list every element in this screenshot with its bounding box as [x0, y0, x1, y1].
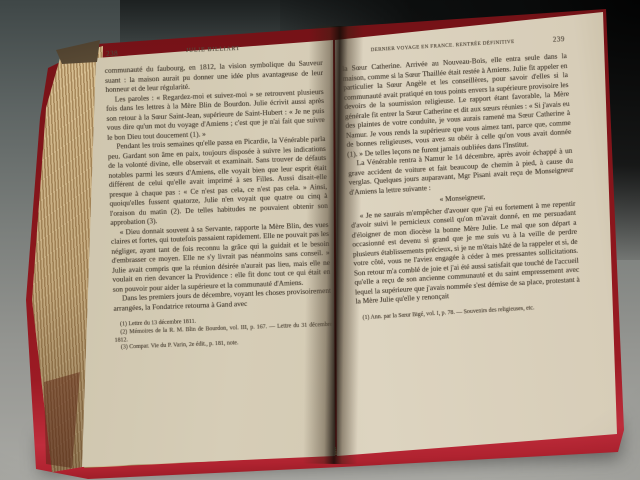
right-page-body: la Sœur Catherine. Arrivée au Nouveau-Bo… [342, 51, 574, 197]
left-page-body: communauté du faubourg, en 1812, la visi… [105, 58, 332, 313]
right-page-number: 239 [553, 35, 566, 45]
letter-paragraph: « Je ne saurais m'empêcher d'avouer que … [350, 198, 580, 306]
book-photograph: 238 JULIE BILLIART communauté du faubour… [0, 0, 640, 480]
paragraph: Pendant les trois semaines qu'elle passa… [107, 134, 328, 227]
letter-body: « Je ne saurais m'empêcher d'avouer que … [350, 198, 580, 306]
left-page-text: 238 JULIE BILLIART communauté du faubour… [104, 42, 333, 353]
paragraph: Les paroles : « Regardez-moi et suivez-m… [106, 86, 326, 141]
paragraph: « Dieu donnait souvent à sa Servante, ra… [111, 219, 331, 293]
paragraph: la Sœur Catherine. Arrivée au Nouveau-Bo… [342, 51, 572, 159]
right-page-text: DERNIER VOYAGE EN FRANCE. RENTRÉE DÉFINI… [341, 35, 581, 323]
